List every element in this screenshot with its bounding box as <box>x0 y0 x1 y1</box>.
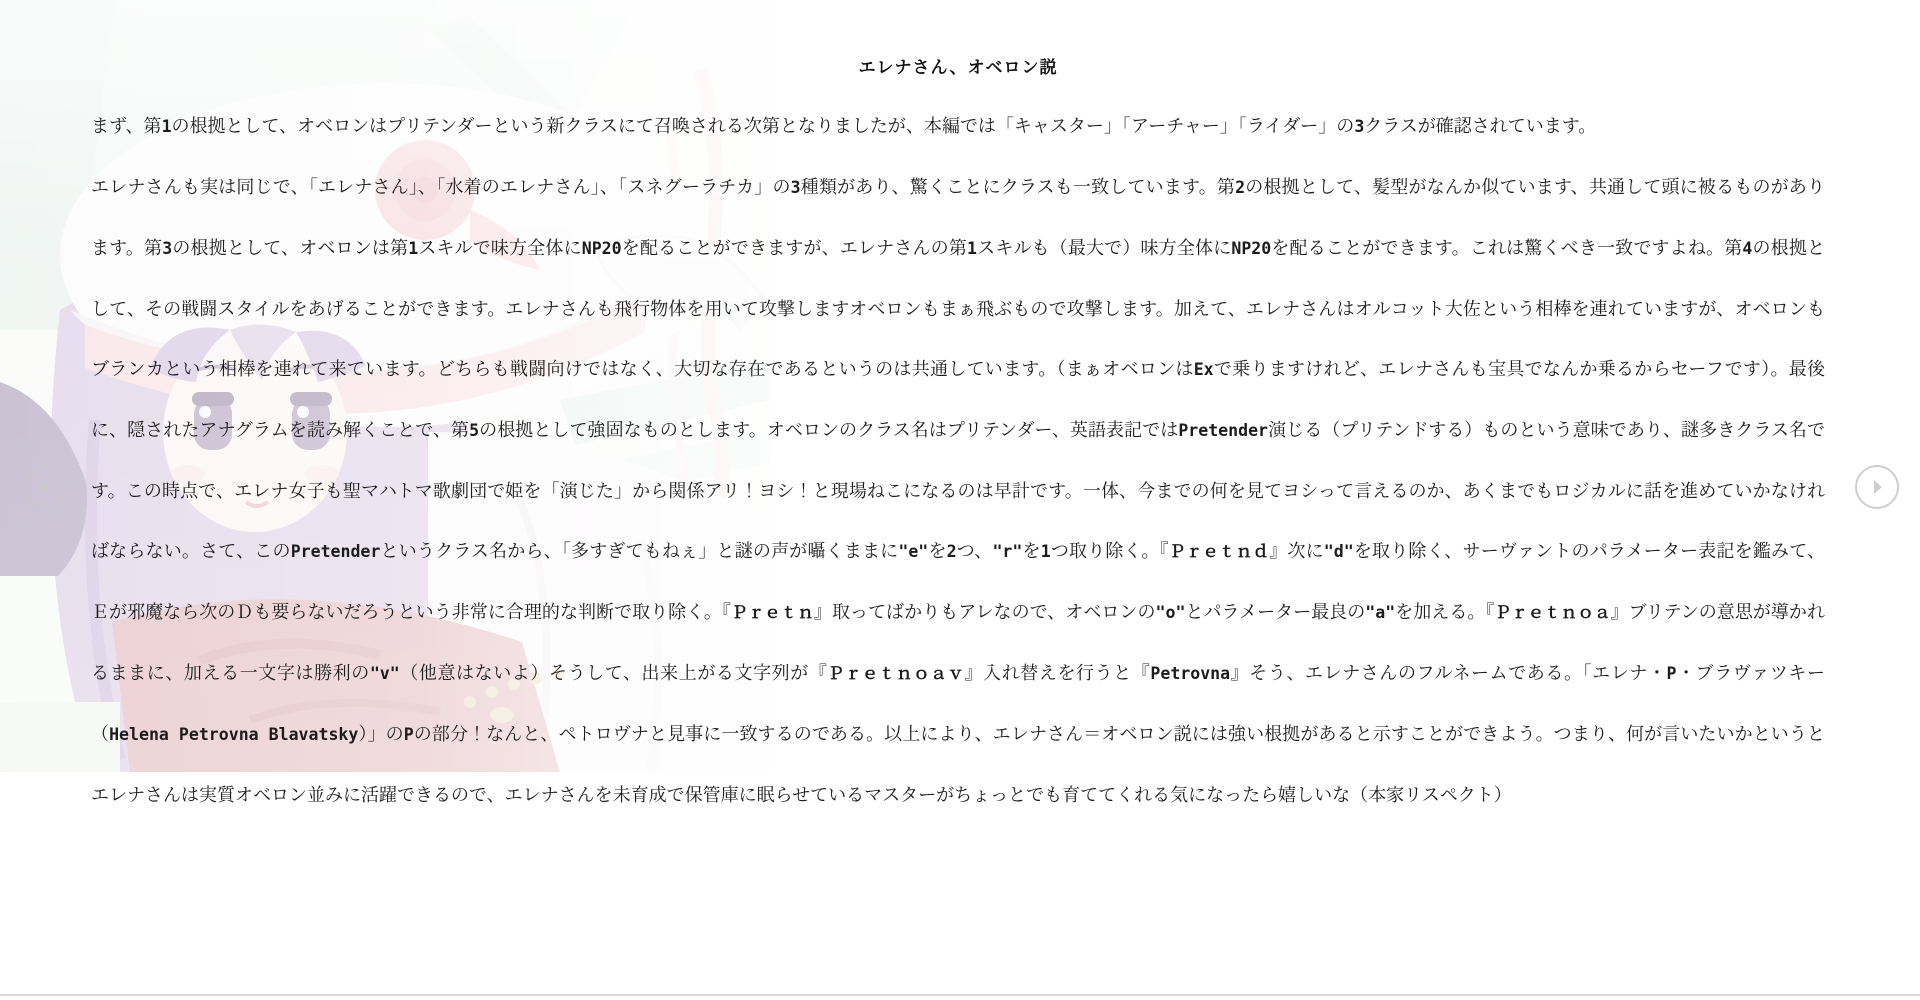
article-page: エレナさん、オベロン説 まず、第1の根拠として、オベロンはプリテンダーという新ク… <box>0 0 1920 1000</box>
chevron-right-icon <box>1868 478 1886 496</box>
latin-text-segment: P <box>1667 664 1677 683</box>
latin-text-segment: NP20 <box>582 239 622 258</box>
article-paragraph: まず、第1の根拠として、オベロンはプリテンダーという新クラスにて召喚される次第と… <box>91 96 1825 157</box>
latin-text-segment: Ｐｒｅｔｎｄ <box>1169 542 1269 561</box>
latin-text-segment: 1 <box>967 239 977 258</box>
article-paragraph: エレナさんも実は同じで、「エレナさん」、「水着のエレナさん」、「スネグーラチカ」… <box>91 157 1825 825</box>
latin-text-segment: 4 <box>1742 239 1752 258</box>
prev-page-button[interactable] <box>23 465 67 509</box>
latin-text-segment: "d" <box>1324 542 1354 561</box>
latin-text-segment: Pretender <box>291 542 381 561</box>
latin-text-segment: "e" <box>898 542 928 561</box>
latin-text-segment: 5 <box>469 421 479 440</box>
latin-text-segment: Ｐｒｅｔｎｏａ <box>1494 603 1610 622</box>
next-page-button[interactable] <box>1855 465 1899 509</box>
latin-text-segment: Helena Petrovna Blavatsky <box>109 725 358 744</box>
latin-text-segment: 1 <box>408 239 418 258</box>
footer-divider <box>0 994 1920 996</box>
latin-text-segment: "r" <box>992 542 1022 561</box>
latin-text-segment: "a" <box>1365 603 1395 622</box>
latin-text-segment: Ｐｒｅｔｎ <box>731 603 814 622</box>
latin-text-segment: 3 <box>791 178 801 197</box>
article-body: まず、第1の根拠として、オベロンはプリテンダーという新クラスにて召喚される次第と… <box>91 96 1825 825</box>
latin-text-segment: 3 <box>162 239 172 258</box>
latin-text-segment: P <box>404 725 414 744</box>
latin-text-segment: Ｐｒｅｔｎｏａｖ <box>827 664 964 683</box>
latin-text-segment: Pretender <box>1178 421 1268 440</box>
latin-text-segment: "v" <box>370 664 400 683</box>
chevron-left-icon <box>36 478 54 496</box>
latin-text-segment: 2 <box>947 542 957 561</box>
page-title: エレナさん、オベロン説 <box>91 0 1825 80</box>
latin-text-segment: 3 <box>1354 117 1364 136</box>
latin-text-segment: 1 <box>1041 542 1051 561</box>
latin-text-segment: Petrovna <box>1150 664 1230 683</box>
latin-text-segment: "o" <box>1156 603 1186 622</box>
latin-text-segment: 2 <box>1235 178 1245 197</box>
latin-text-segment: 1 <box>162 117 172 136</box>
latin-text-segment: Ex <box>1194 360 1214 379</box>
latin-text-segment: NP20 <box>1231 239 1271 258</box>
article-content: エレナさん、オベロン説 まず、第1の根拠として、オベロンはプリテンダーという新ク… <box>91 0 1825 825</box>
